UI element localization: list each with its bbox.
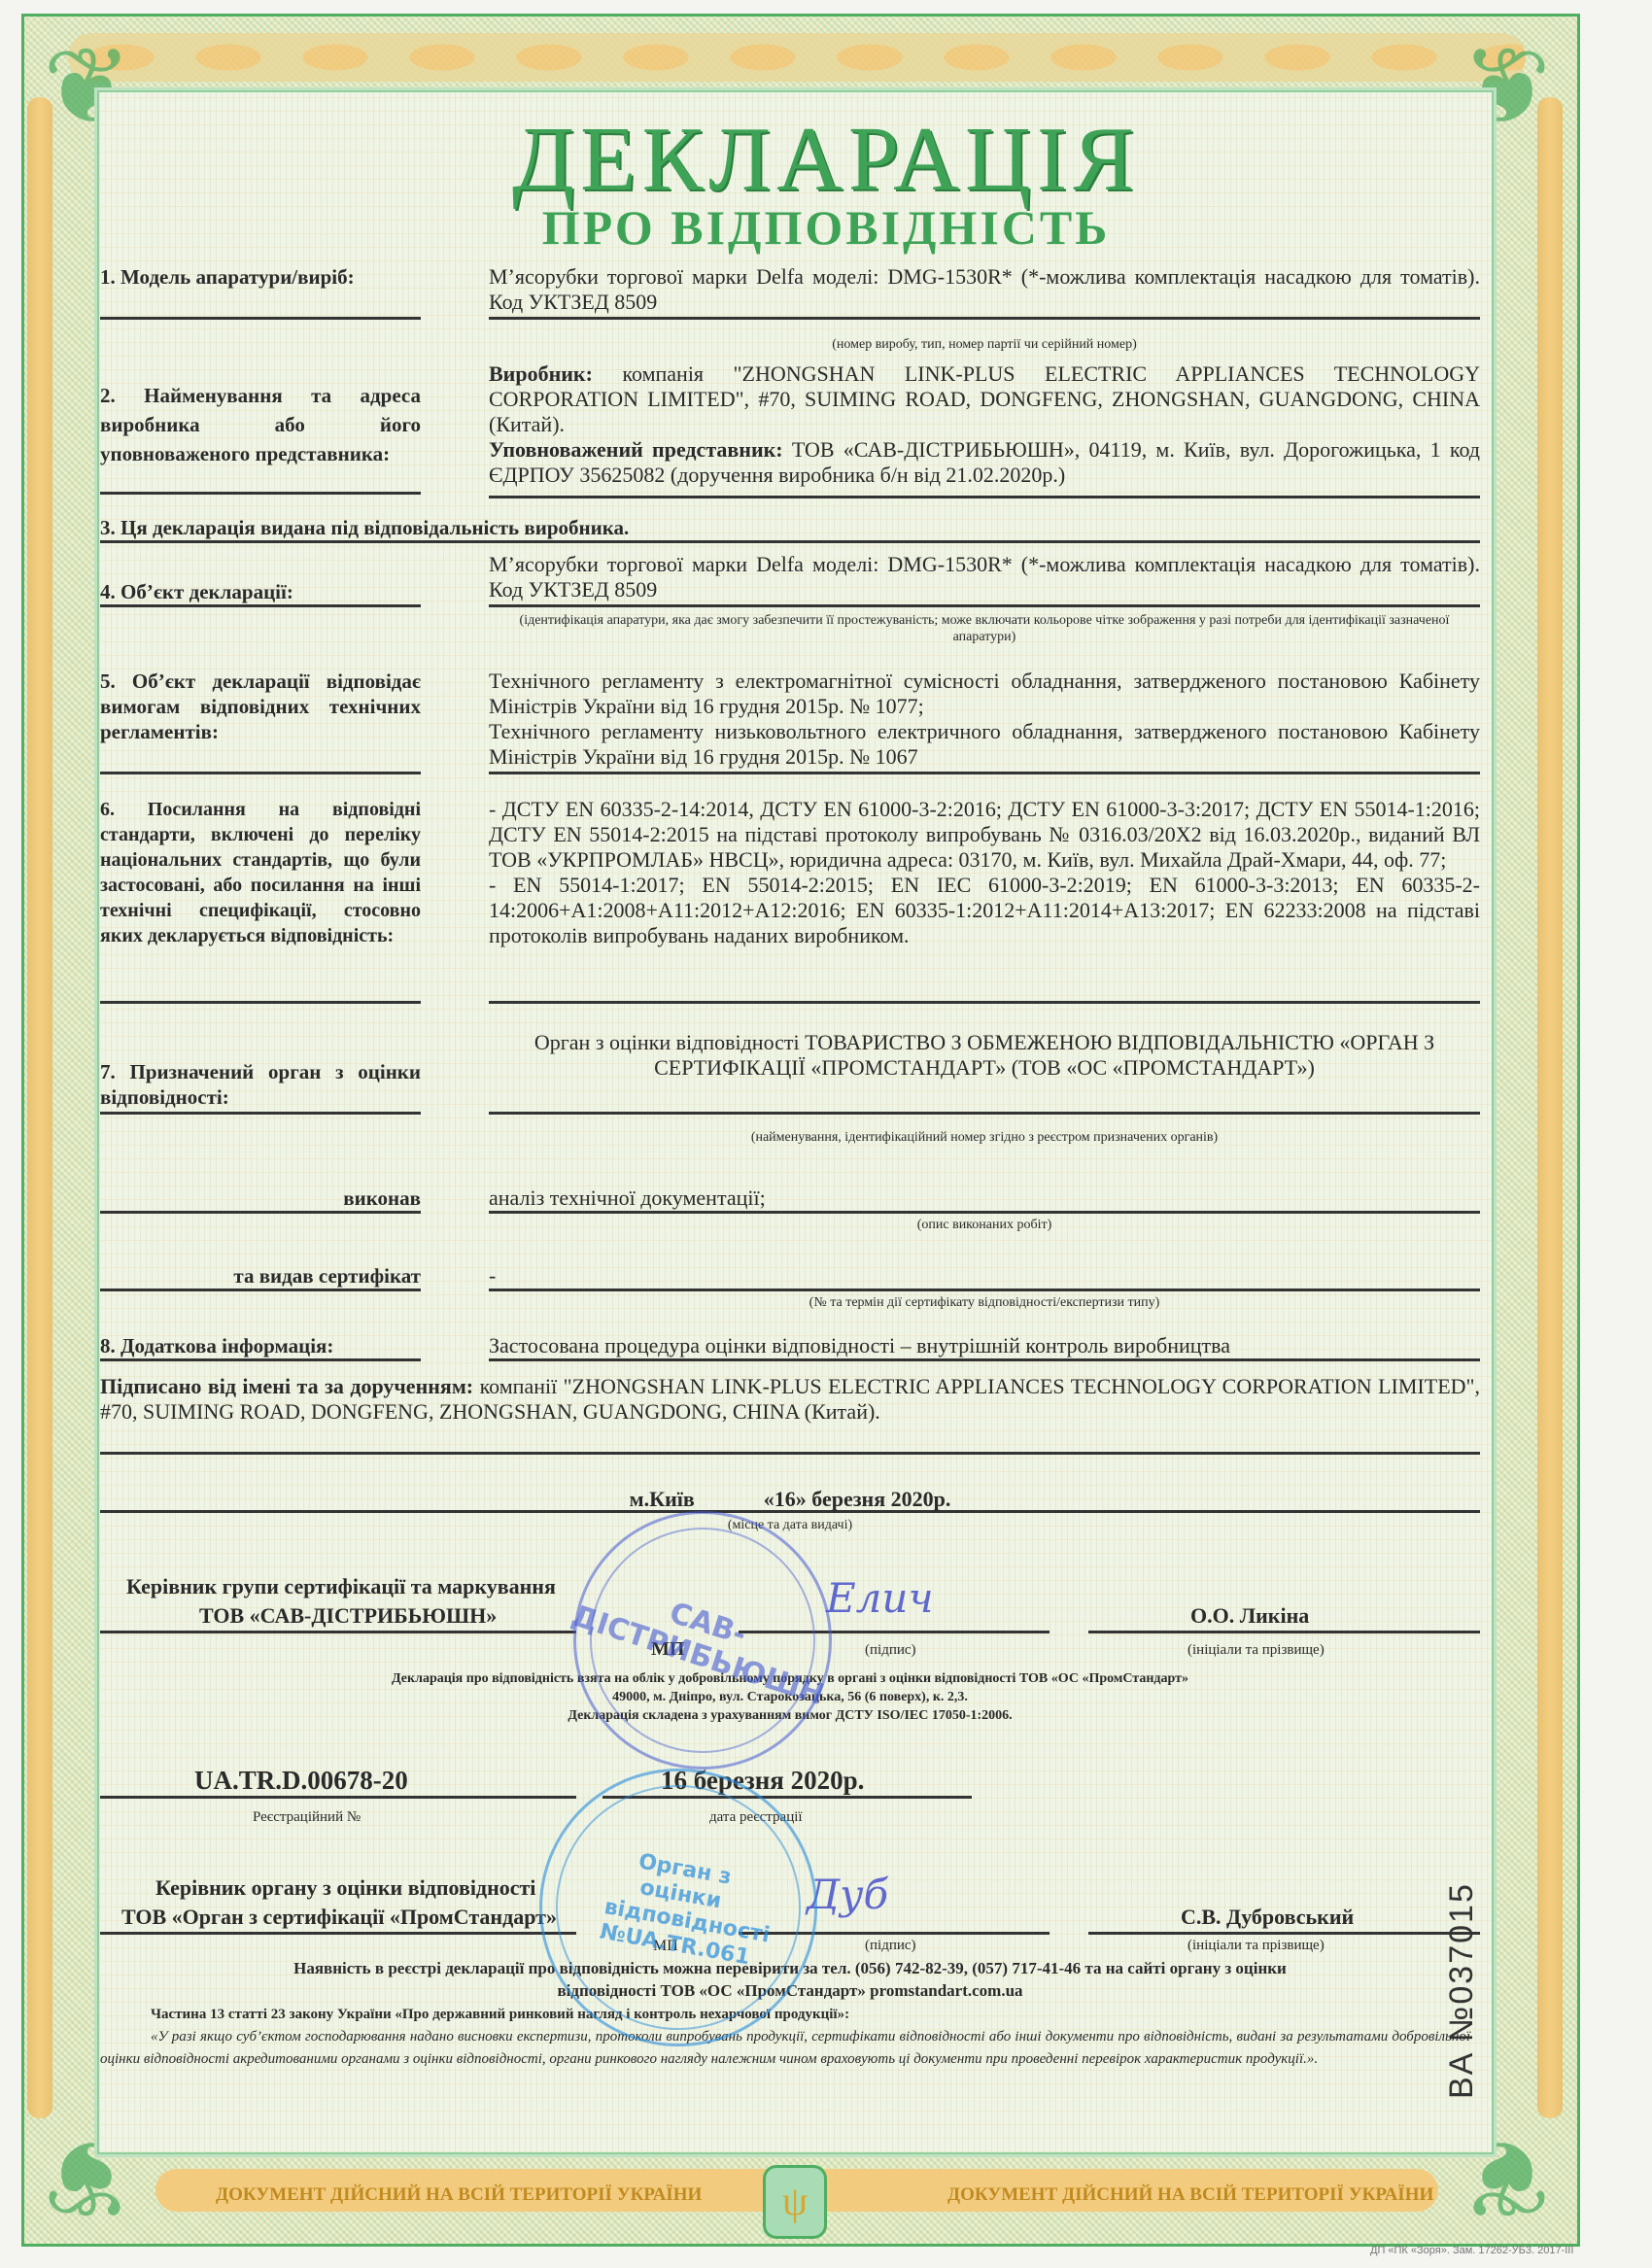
signer1-title2: ТОВ «САВ-ДІСТРИБЬЮШН» [199, 1603, 497, 1629]
representative-label: Уповноважений представник: [489, 437, 783, 462]
performed-value: аналіз технічної документації; [489, 1186, 1480, 1214]
place-date-hint: (місце та дата видачі) [100, 1518, 1480, 1533]
signature-2: Дуб [807, 1871, 888, 1918]
issue-place: м.Київ [630, 1487, 695, 1511]
signed-text: Підписано від імені та за дорученням: ко… [100, 1374, 1480, 1455]
certificate-value: - [489, 1263, 1480, 1291]
signer2-name-hint: (ініціали та прізвище) [1187, 1938, 1325, 1954]
section-7-hint: (найменування, ідентифікаційний номер зг… [489, 1129, 1480, 1146]
document-title: ДЕКЛАРАЦІЯ [0, 107, 1652, 212]
right-ornament-band [1537, 97, 1563, 2118]
signed-label: Підписано від імені та за дорученням: [100, 1374, 473, 1398]
manufacturer-label: Виробник: [489, 361, 593, 386]
standards-international: - EN 55014-1:2017; EN 55014-2:2015; EN I… [489, 873, 1480, 948]
signer1-name-line [1088, 1631, 1480, 1633]
performed-hint: (опис виконаних робіт) [489, 1217, 1480, 1233]
performed-label: виконав [100, 1186, 421, 1214]
section-1-hint: (номер виробу, тип, номер партії чи сері… [489, 336, 1480, 353]
signer2-sign-hint: (підпис) [865, 1938, 916, 1954]
registration-number-line [100, 1796, 576, 1799]
top-ornament-band [68, 33, 1526, 82]
footer-validity-right: ДОКУМЕНТ ДІЙСНИЙ НА ВСІЙ ТЕРИТОРІЇ УКРАЇ… [947, 2184, 1433, 2206]
trident-emblem-icon: ψ [763, 2165, 827, 2239]
standards-national: - ДСТУ EN 60335-2-14:2014, ДСТУ EN 61000… [489, 797, 1480, 873]
section-7-label: 7. Призначений орган з оцінки відповідно… [100, 1059, 421, 1115]
registration-number-hint: Реєстраційний № [253, 1809, 361, 1826]
signer1-name-hint: (ініціали та прізвище) [1187, 1642, 1325, 1659]
left-ornament-band [27, 97, 52, 2118]
signer1-title1: Керівник групи сертифікації та маркуванн… [126, 1574, 556, 1599]
section-5-value: Технічного регламенту з електромагнітної… [489, 669, 1480, 774]
section-6-value: - ДСТУ EN 60335-2-14:2014, ДСТУ EN 61000… [489, 797, 1480, 1004]
registration-number: UA.TR.D.00678-20 [194, 1766, 408, 1796]
section-8-value: Застосована процедура оцінки відповіднос… [489, 1333, 1480, 1361]
signer1-sign-hint: (підпис) [865, 1642, 916, 1659]
signer2-org-line [100, 1932, 576, 1935]
regulation-1: Технічного регламенту з електромагнітної… [489, 669, 1480, 719]
section-2-value: Виробник: компанія "ZHONGSHAN LINK-PLUS … [489, 361, 1480, 498]
certificate-hint: (№ та термін дії сертифікату відповіднос… [489, 1294, 1480, 1311]
printer-imprint: ДП «ПК «Зоря». Зам. 17262-УБ3. 2017-III [1370, 2245, 1573, 2256]
regulation-2: Технічного регламенту низьковольтного ел… [489, 719, 1480, 770]
signer1-name: О.О. Ликіна [1190, 1603, 1309, 1629]
section-4-value: М’ясорубки торгової марки Delfa моделі: … [489, 552, 1480, 607]
section-4-hint: (ідентифікація апаратури, яка дає змогу … [489, 612, 1480, 645]
section-2-label: 2. Найменування та адреса виробника або … [100, 381, 421, 495]
signer2-name-line [1088, 1932, 1480, 1935]
section-1-value: М’ясорубки торгової марки Delfa моделі: … [489, 264, 1480, 320]
signer2-title1: Керівник органу з оцінки відповідності [155, 1875, 535, 1901]
section-1-label: 1. Модель апаратури/виріб: [100, 264, 421, 320]
section-6-label: 6. Посилання на відповідні стандарти, вк… [100, 797, 421, 1004]
signer2-name: С.В. Дубровський [1181, 1905, 1354, 1930]
section-4-label: 4. Об’єкт декларації: [100, 579, 421, 607]
section-5-label: 5. Об’єкт декларації відповідає вимогам … [100, 669, 421, 774]
footer-validity-left: ДОКУМЕНТ ДІЙСНИЙ НА ВСІЙ ТЕРИТОРІЇ УКРАЇ… [216, 2184, 702, 2206]
signer2-title2: ТОВ «Орган з сертифікації «ПромСтандарт» [121, 1905, 557, 1930]
section-8-label: 8. Додаткова інформація: [100, 1333, 421, 1361]
issue-date: «16» березня 2020р. [764, 1487, 951, 1511]
signer1-org-line [100, 1631, 576, 1633]
section-7-value: Орган з оцінки відповідності ТОВАРИСТВО … [489, 1030, 1480, 1115]
serial-number: BA №037015 [1443, 1882, 1481, 2099]
manufacturer-value: компанія "ZHONGSHAN LINK-PLUS ELECTRIC A… [489, 361, 1480, 436]
certificate-label: та видав сертифікат [100, 1263, 421, 1291]
document-subtitle: ПРО ВІДПОВІДНІСТЬ [0, 199, 1652, 256]
signature-1: Елич [826, 1574, 934, 1622]
section-3-text: 3. Ця декларація видана під відповідальн… [100, 515, 1480, 543]
place-date-line: м.Київ «16» березня 2020р. [100, 1487, 1480, 1513]
law-quote: «У разі якщо суб’єктом господарювання на… [100, 2026, 1470, 2071]
